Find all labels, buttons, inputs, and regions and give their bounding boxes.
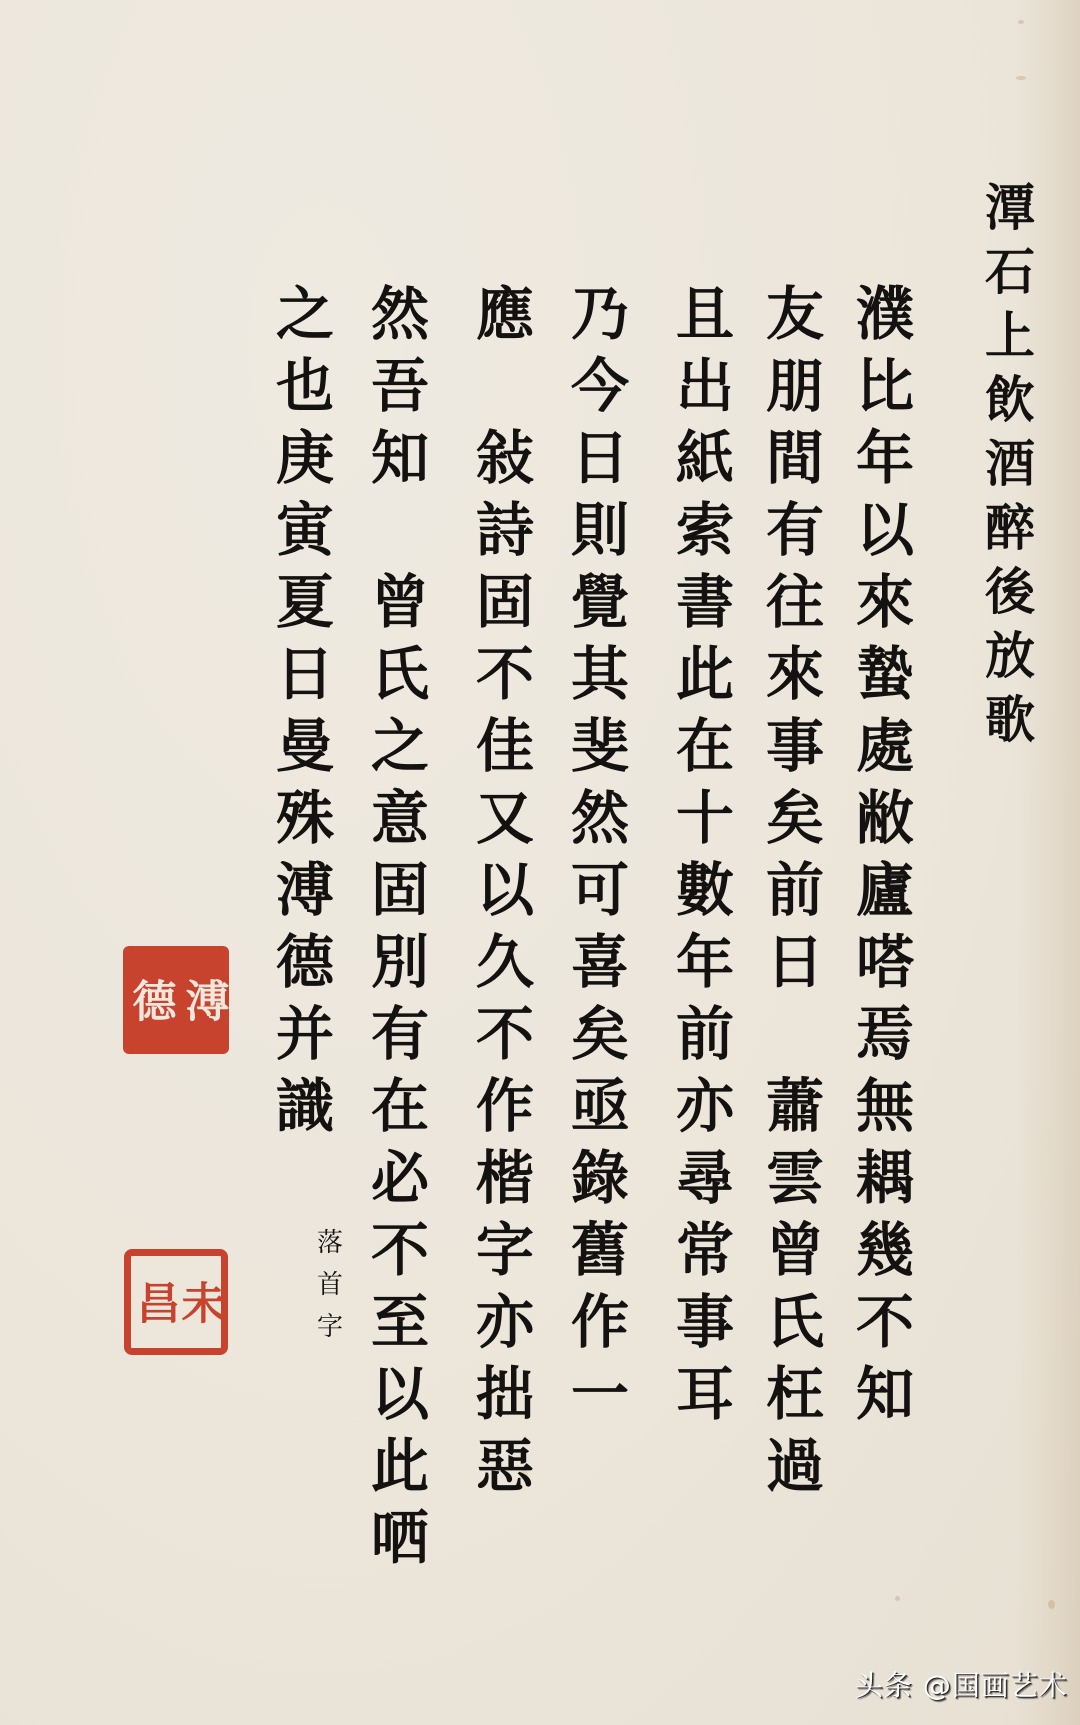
calligraphy-character: 矣 — [565, 998, 635, 1070]
calligraphy-character: 可 — [565, 854, 635, 926]
calligraphy-character: 喜 — [565, 926, 635, 998]
calligraphy-character: 則 — [565, 494, 635, 566]
calligraphy-character: 前 — [670, 998, 740, 1070]
calligraphy-character: 間 — [760, 422, 830, 494]
watermark-text: 头条 @国画艺术 — [855, 1664, 1068, 1704]
calligraphy-character: 此 — [670, 638, 740, 710]
calligraphy-character: 嗒 — [850, 926, 920, 998]
calligraphy-character: 不 — [470, 638, 540, 710]
calligraphy-character: 耦 — [850, 1142, 920, 1214]
calligraphy-character: 焉 — [850, 998, 920, 1070]
calligraphy-character: 惡 — [470, 1430, 540, 1502]
calligraphy-character: 蟄 — [850, 638, 920, 710]
calligraphy-character: 識 — [270, 1070, 340, 1142]
calligraphy-character: 固 — [365, 854, 435, 926]
calligraphy-character: 曾 — [760, 1214, 830, 1286]
calligraphy-character: 事 — [760, 710, 830, 782]
paper-stain — [1016, 76, 1026, 80]
paper-stain — [1018, 20, 1024, 24]
calligraphy-character: 庚 — [270, 422, 340, 494]
calligraphy-character: 舊 — [565, 1214, 635, 1286]
calligraphy-character: 也 — [270, 350, 340, 422]
calligraphy-character: 不 — [850, 1286, 920, 1358]
calligraphy-character: 雲 — [760, 1142, 830, 1214]
seal-char: 昌 — [132, 1280, 176, 1324]
calligraphy-character: 固 — [470, 566, 540, 638]
calligraphy-character: 其 — [565, 638, 635, 710]
calligraphy-character: 應 — [470, 278, 540, 350]
text-column-2: 友朋間有往來事矣前日蕭雲曾氏枉過 — [760, 278, 830, 1502]
calligraphy-character: 氏 — [760, 1286, 830, 1358]
calligraphy-character: 今 — [565, 350, 635, 422]
calligraphy-character: 然 — [365, 278, 435, 350]
text-column-1: 濮比年以來蟄處敝廬嗒焉無耦幾不知 — [850, 278, 920, 1430]
calligraphy-character: 哂 — [365, 1502, 435, 1574]
calligraphy-character: 一 — [565, 1358, 635, 1430]
calligraphy-character: 楷 — [470, 1142, 540, 1214]
calligraphy-character: 處 — [850, 710, 920, 782]
calligraphy-character: 前 — [760, 854, 830, 926]
text-column-5: 應敍詩固不佳又以久不作楷字亦拙惡 — [470, 278, 540, 1502]
calligraphy-character: 此 — [365, 1430, 435, 1502]
calligraphy-character: 比 — [850, 350, 920, 422]
calligraphy-character: 蕭 — [760, 1070, 830, 1142]
calligraphy-character: 以 — [470, 854, 540, 926]
calligraphy-character: 斐 — [565, 710, 635, 782]
text-column-6: 然吾知曾氏之意固別有在必不至以此哂 — [365, 278, 435, 1574]
calligraphy-character: 拙 — [470, 1358, 540, 1430]
calligraphy-character: 上 — [980, 304, 1040, 368]
paper-stain — [895, 1596, 900, 1601]
seal-char: 溥 — [181, 978, 225, 1022]
calligraphy-character: 詩 — [470, 494, 540, 566]
calligraphy-character: 廬 — [850, 854, 920, 926]
calligraphy-character: 耳 — [670, 1358, 740, 1430]
seal-name-intaglio: 溥 德 — [123, 946, 229, 1054]
calligraphy-character: 潭 — [980, 176, 1040, 240]
calligraphy-character: 無 — [850, 1070, 920, 1142]
calligraphy-character: 日 — [270, 638, 340, 710]
calligraphy-character: 至 — [365, 1286, 435, 1358]
calligraphy-character: 日 — [565, 422, 635, 494]
calligraphy-character: 來 — [760, 638, 830, 710]
title-column: 潭石上飲酒醉後放歌 — [980, 176, 1040, 752]
calligraphy-character: 作 — [470, 1070, 540, 1142]
calligraphy-character: 寅 — [270, 494, 340, 566]
calligraphy-character: 年 — [850, 422, 920, 494]
calligraphy-character: 知 — [850, 1358, 920, 1430]
calligraphy-character: 日 — [760, 926, 830, 998]
calligraphy-character: 知 — [365, 422, 435, 494]
calligraphy-character: 曼 — [270, 710, 340, 782]
calligraphy-character: 錄 — [565, 1142, 635, 1214]
calligraphy-character: 溥 — [270, 854, 340, 926]
calligraphy-character: 久 — [470, 926, 540, 998]
calligraphy-character: 且 — [670, 278, 740, 350]
calligraphy-character: 枉 — [760, 1358, 830, 1430]
calligraphy-character: 落 — [315, 1222, 345, 1264]
calligraphy-character: 幾 — [850, 1214, 920, 1286]
calligraphy-character: 有 — [365, 998, 435, 1070]
seal-char: 未 — [177, 1280, 221, 1324]
text-column-7: 之也庚寅夏日曼殊溥德并識 — [270, 278, 340, 1142]
calligraphy-character: 不 — [470, 998, 540, 1070]
calligraphy-character: 歌 — [980, 688, 1040, 752]
calligraphy-character: 紙 — [670, 422, 740, 494]
calligraphy-character: 字 — [470, 1214, 540, 1286]
calligraphy-character: 數 — [670, 854, 740, 926]
seal-style-name-relief: 未 昌 — [124, 1249, 228, 1355]
text-column-3: 且出紙索書此在十數年前亦尋常事耳 — [670, 278, 740, 1430]
calligraphy-character: 氏 — [365, 638, 435, 710]
calligraphy-character: 亦 — [470, 1286, 540, 1358]
calligraphy-character: 石 — [980, 240, 1040, 304]
calligraphy-character: 尋 — [670, 1142, 740, 1214]
calligraphy-character: 有 — [760, 494, 830, 566]
calligraphy-character: 矣 — [760, 782, 830, 854]
calligraphy-character: 敍 — [470, 422, 540, 494]
calligraphy-character: 年 — [670, 926, 740, 998]
calligraphy-character: 殊 — [270, 782, 340, 854]
calligraphy-character: 後 — [980, 560, 1040, 624]
calligraphy-character: 佳 — [470, 710, 540, 782]
calligraphy-character: 又 — [470, 782, 540, 854]
calligraphy-character: 并 — [270, 998, 340, 1070]
calligraphy-character: 作 — [565, 1286, 635, 1358]
calligraphy-character: 曾 — [365, 566, 435, 638]
calligraphy-character: 吾 — [365, 350, 435, 422]
calligraphy-character: 然 — [565, 782, 635, 854]
calligraphy-character: 來 — [850, 566, 920, 638]
calligraphy-character: 敝 — [850, 782, 920, 854]
paper-stain — [1048, 1600, 1055, 1609]
calligraphy-character: 首 — [315, 1264, 345, 1306]
annotation-note: 落首字 — [315, 1222, 345, 1348]
calligraphy-character: 朋 — [760, 350, 830, 422]
calligraphy-character: 事 — [670, 1286, 740, 1358]
calligraphy-character: 覺 — [565, 566, 635, 638]
calligraphy-character: 亟 — [565, 1070, 635, 1142]
calligraphy-character: 意 — [365, 782, 435, 854]
calligraphy-character: 以 — [850, 494, 920, 566]
calligraphy-character: 書 — [670, 566, 740, 638]
calligraphy-character: 放 — [980, 624, 1040, 688]
calligraphy-character: 德 — [270, 926, 340, 998]
calligraphy-character: 之 — [270, 278, 340, 350]
calligraphy-character: 往 — [760, 566, 830, 638]
calligraphy-character: 在 — [365, 1070, 435, 1142]
calligraphy-character: 夏 — [270, 566, 340, 638]
seal-char: 德 — [128, 978, 172, 1022]
calligraphy-character: 飲 — [980, 368, 1040, 432]
calligraphy-character: 亦 — [670, 1070, 740, 1142]
calligraphy-character: 之 — [365, 710, 435, 782]
text-column-4: 乃今日則覺其斐然可喜矣亟錄舊作一 — [565, 278, 635, 1430]
calligraphy-character: 過 — [760, 1430, 830, 1502]
calligraphy-character: 別 — [365, 926, 435, 998]
calligraphy-character: 以 — [365, 1358, 435, 1430]
calligraphy-character: 友 — [760, 278, 830, 350]
calligraphy-character: 索 — [670, 494, 740, 566]
calligraphy-character: 在 — [670, 710, 740, 782]
calligraphy-character: 濮 — [850, 278, 920, 350]
calligraphy-character: 字 — [315, 1306, 345, 1348]
calligraphy-character: 常 — [670, 1214, 740, 1286]
calligraphy-character: 酒 — [980, 432, 1040, 496]
calligraphy-character: 不 — [365, 1214, 435, 1286]
calligraphy-character: 十 — [670, 782, 740, 854]
calligraphy-character: 乃 — [565, 278, 635, 350]
calligraphy-character: 出 — [670, 350, 740, 422]
calligraphy-character: 醉 — [980, 496, 1040, 560]
calligraphy-character: 必 — [365, 1142, 435, 1214]
